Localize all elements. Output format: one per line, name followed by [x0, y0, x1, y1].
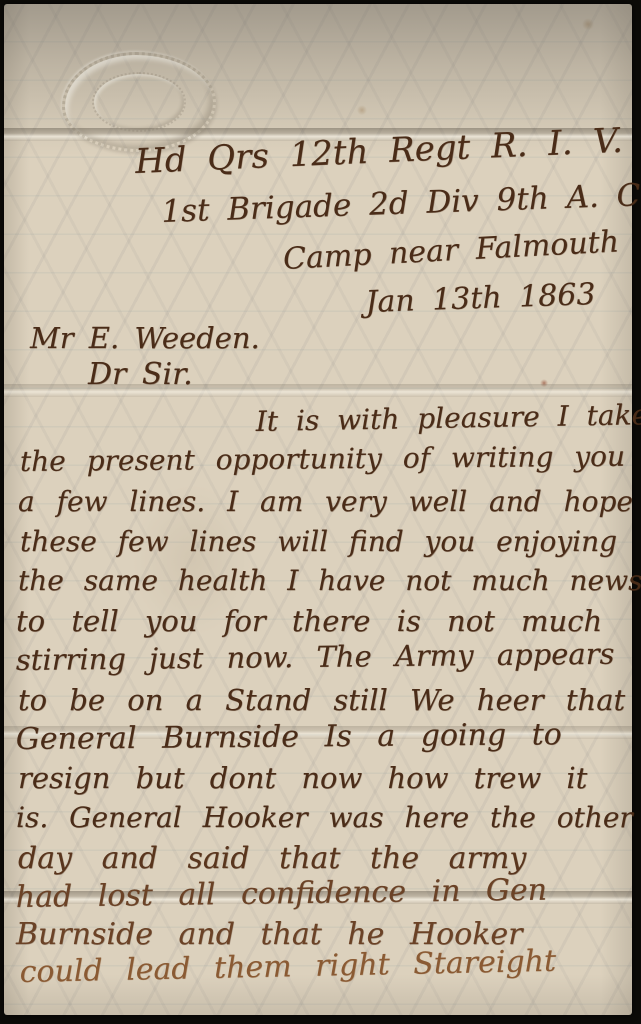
- letter-heading-place: Camp near Falmouth: [282, 224, 620, 277]
- letter-body-line: is. General Hooker was here the other: [16, 801, 633, 834]
- letter-heading-date: Jan 13th 1863: [365, 277, 596, 320]
- letter-body-line: a few lines. I am very well and hope: [18, 485, 633, 518]
- letter-body-line: the same health I have not much news: [18, 564, 641, 597]
- letter-body-line: to tell you for there is not much: [16, 604, 602, 638]
- scanned-letter-page: Hd Qrs 12th Regt R. I. V. 1st Brigade 2d…: [0, 0, 641, 1024]
- fold-crease-upper-middle: [4, 384, 632, 397]
- letter-heading-unit: Hd Qrs 12th Regt R. I. V.: [134, 121, 623, 182]
- embossed-seal: [62, 52, 216, 152]
- letter-body-line: the present opportunity of writing you: [20, 440, 625, 478]
- letter-body-line: these few lines will find you enjoying: [20, 525, 617, 558]
- letter-salutation: Dr Sir.: [88, 357, 193, 392]
- letter-body-line: stirring just now. The Army appears: [16, 637, 615, 677]
- letter-body-line: Burnside and that he Hooker: [16, 917, 523, 952]
- embossed-seal-inner-ring: [92, 72, 187, 132]
- letter-body-line: to be on a Stand still We heer that: [18, 683, 625, 717]
- fold-crease-bottom: [4, 891, 632, 904]
- letter-body-line: day and said that the army: [18, 841, 526, 876]
- letter-body-line: resign but dont now how trew it: [18, 761, 587, 795]
- letter-body-line: could lead them right Stareight: [19, 944, 556, 990]
- letter-body-line: General Burnside Is a going to: [16, 717, 562, 757]
- letter-body-line: had lost all confidence in Gen: [16, 873, 548, 915]
- letter-heading-brigade: 1st Brigade 2d Div 9th A. C.: [161, 177, 641, 230]
- letter-recipient: Mr E. Weeden.: [30, 321, 260, 355]
- letter-paper: Hd Qrs 12th Regt R. I. V. 1st Brigade 2d…: [4, 4, 632, 1015]
- letter-body-line: It is with pleasure I take: [255, 398, 641, 438]
- fold-crease-lower-middle: [4, 726, 632, 739]
